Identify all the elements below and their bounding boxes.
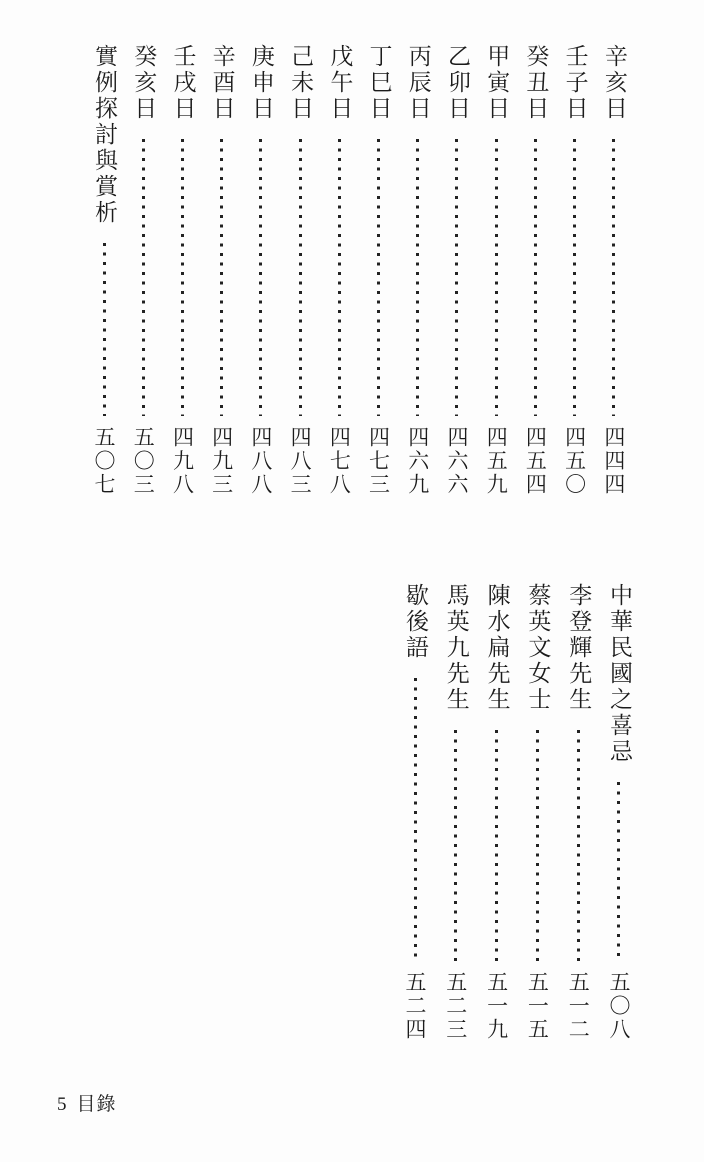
toc-entry-title: 辛亥日 [599, 44, 629, 122]
toc-entry: 乙卯日四六六 [442, 44, 472, 496]
toc-entry: 陳水扁先生五一九 [482, 583, 512, 1041]
dotted-leader [534, 139, 537, 416]
dotted-leader [220, 139, 223, 416]
dotted-leader [416, 139, 419, 416]
toc-entry-title: 癸丑日 [520, 44, 550, 122]
dotted-leader [414, 678, 417, 961]
toc-entry-title: 戊午日 [324, 44, 354, 122]
toc-entry-page: 五一五 [522, 971, 552, 1042]
dotted-leader [495, 139, 498, 416]
toc-entry: 馬英九先生五二三 [441, 583, 471, 1041]
toc-entry-title: 壬戌日 [167, 44, 197, 122]
dotted-leader [454, 730, 457, 961]
toc-page: 辛亥日四四四壬子日四五〇癸丑日四五四甲寅日四五九乙卯日四六六丙辰日四六九丁巳日四… [0, 0, 704, 1162]
toc-entry: 李登輝先生五一二 [563, 583, 593, 1041]
toc-entry-title: 丁巳日 [364, 44, 394, 122]
toc-entry: 中華民國之喜忌五〇八 [604, 583, 634, 1041]
toc-entry-page: 四五〇 [560, 426, 590, 497]
toc-entry-title: 丙辰日 [403, 44, 433, 122]
toc-entry-title: 李登輝先生 [563, 583, 593, 713]
dotted-leader [573, 139, 576, 416]
toc-entry-page: 五二三 [441, 971, 471, 1042]
dotted-leader [617, 782, 620, 961]
toc-entry: 丁巳日四七三 [364, 44, 394, 496]
toc-entry-page: 四九三 [207, 426, 237, 497]
toc-entry-title: 乙卯日 [442, 44, 472, 122]
toc-entry: 癸亥日五〇三 [128, 44, 158, 496]
toc-entry: 壬戌日四九八 [167, 44, 197, 496]
toc-entry-page: 五一九 [482, 971, 512, 1042]
toc-entry-page: 四八三 [285, 426, 315, 497]
toc-entry-title: 陳水扁先生 [482, 583, 512, 713]
toc-entry: 實例探討與賞析五〇七 [89, 44, 119, 496]
toc-entry-title: 辛酉日 [207, 44, 237, 122]
dotted-leader [536, 730, 539, 961]
dotted-leader [338, 139, 341, 416]
toc-entry: 庚申日四八八 [246, 44, 276, 496]
toc-entry-title: 實例探討與賞析 [89, 44, 119, 226]
toc-entry-page: 四四四 [599, 426, 629, 497]
toc-entry: 己未日四八三 [285, 44, 315, 496]
toc-entry-page: 四六九 [403, 426, 433, 497]
toc-entry-title: 歇後語 [400, 583, 430, 661]
toc-entry-page: 四五九 [481, 426, 511, 497]
toc-entry: 辛亥日四四四 [599, 44, 629, 496]
toc-entry: 蔡英文女士五一五 [522, 583, 552, 1041]
toc-entry-title: 己未日 [285, 44, 315, 122]
toc-entry-page: 四六六 [442, 426, 472, 497]
toc-entry-title: 甲寅日 [481, 44, 511, 122]
dotted-leader [577, 730, 580, 961]
toc-entry-page: 四七三 [364, 426, 394, 497]
toc-entry-page: 五〇七 [89, 426, 119, 497]
toc-entry-title: 壬子日 [560, 44, 590, 122]
dotted-leader [181, 139, 184, 416]
toc-entry-page: 四八八 [246, 426, 276, 497]
dotted-leader [612, 139, 615, 416]
toc-entry: 壬子日四五〇 [560, 44, 590, 496]
dotted-leader [103, 243, 106, 416]
toc-entry: 戊午日四七八 [324, 44, 354, 496]
dotted-leader [377, 139, 380, 416]
toc-entry-page: 五〇三 [128, 426, 158, 497]
toc-entry: 癸丑日四五四 [520, 44, 550, 496]
folio-number: 5 [57, 1094, 68, 1115]
toc-entry-title: 癸亥日 [128, 44, 158, 122]
toc-entry: 歇後語五二四 [400, 583, 430, 1041]
toc-entry: 辛酉日四九三 [207, 44, 237, 496]
toc-entry-title: 中華民國之喜忌 [604, 583, 634, 765]
folio-label: 目錄 [77, 1094, 117, 1115]
dotted-leader [299, 139, 302, 416]
toc-entry-title: 蔡英文女士 [522, 583, 552, 713]
dotted-leader [259, 139, 262, 416]
toc-entry: 丙辰日四六九 [403, 44, 433, 496]
toc-entry-page: 四五四 [520, 426, 550, 497]
toc-entry-title: 庚申日 [246, 44, 276, 122]
toc-entry-title: 馬英九先生 [441, 583, 471, 713]
toc-entry-page: 四七八 [324, 426, 354, 497]
toc-entry: 甲寅日四五九 [481, 44, 511, 496]
toc-entry-page: 五〇八 [604, 971, 634, 1042]
toc-entry-page: 五一二 [563, 971, 593, 1042]
dotted-leader [495, 730, 498, 961]
page-footer: 5目錄 [57, 1089, 117, 1116]
dotted-leader [142, 139, 145, 416]
toc-section-daily-entries: 辛亥日四四四壬子日四五〇癸丑日四五四甲寅日四五九乙卯日四六六丙辰日四六九丁巳日四… [89, 44, 629, 496]
dotted-leader [455, 139, 458, 416]
toc-section-case-studies: 中華民國之喜忌五〇八李登輝先生五一二蔡英文女士五一五陳水扁先生五一九馬英九先生五… [400, 583, 634, 1041]
toc-entry-page: 五二四 [400, 971, 430, 1042]
toc-entry-page: 四九八 [167, 426, 197, 497]
